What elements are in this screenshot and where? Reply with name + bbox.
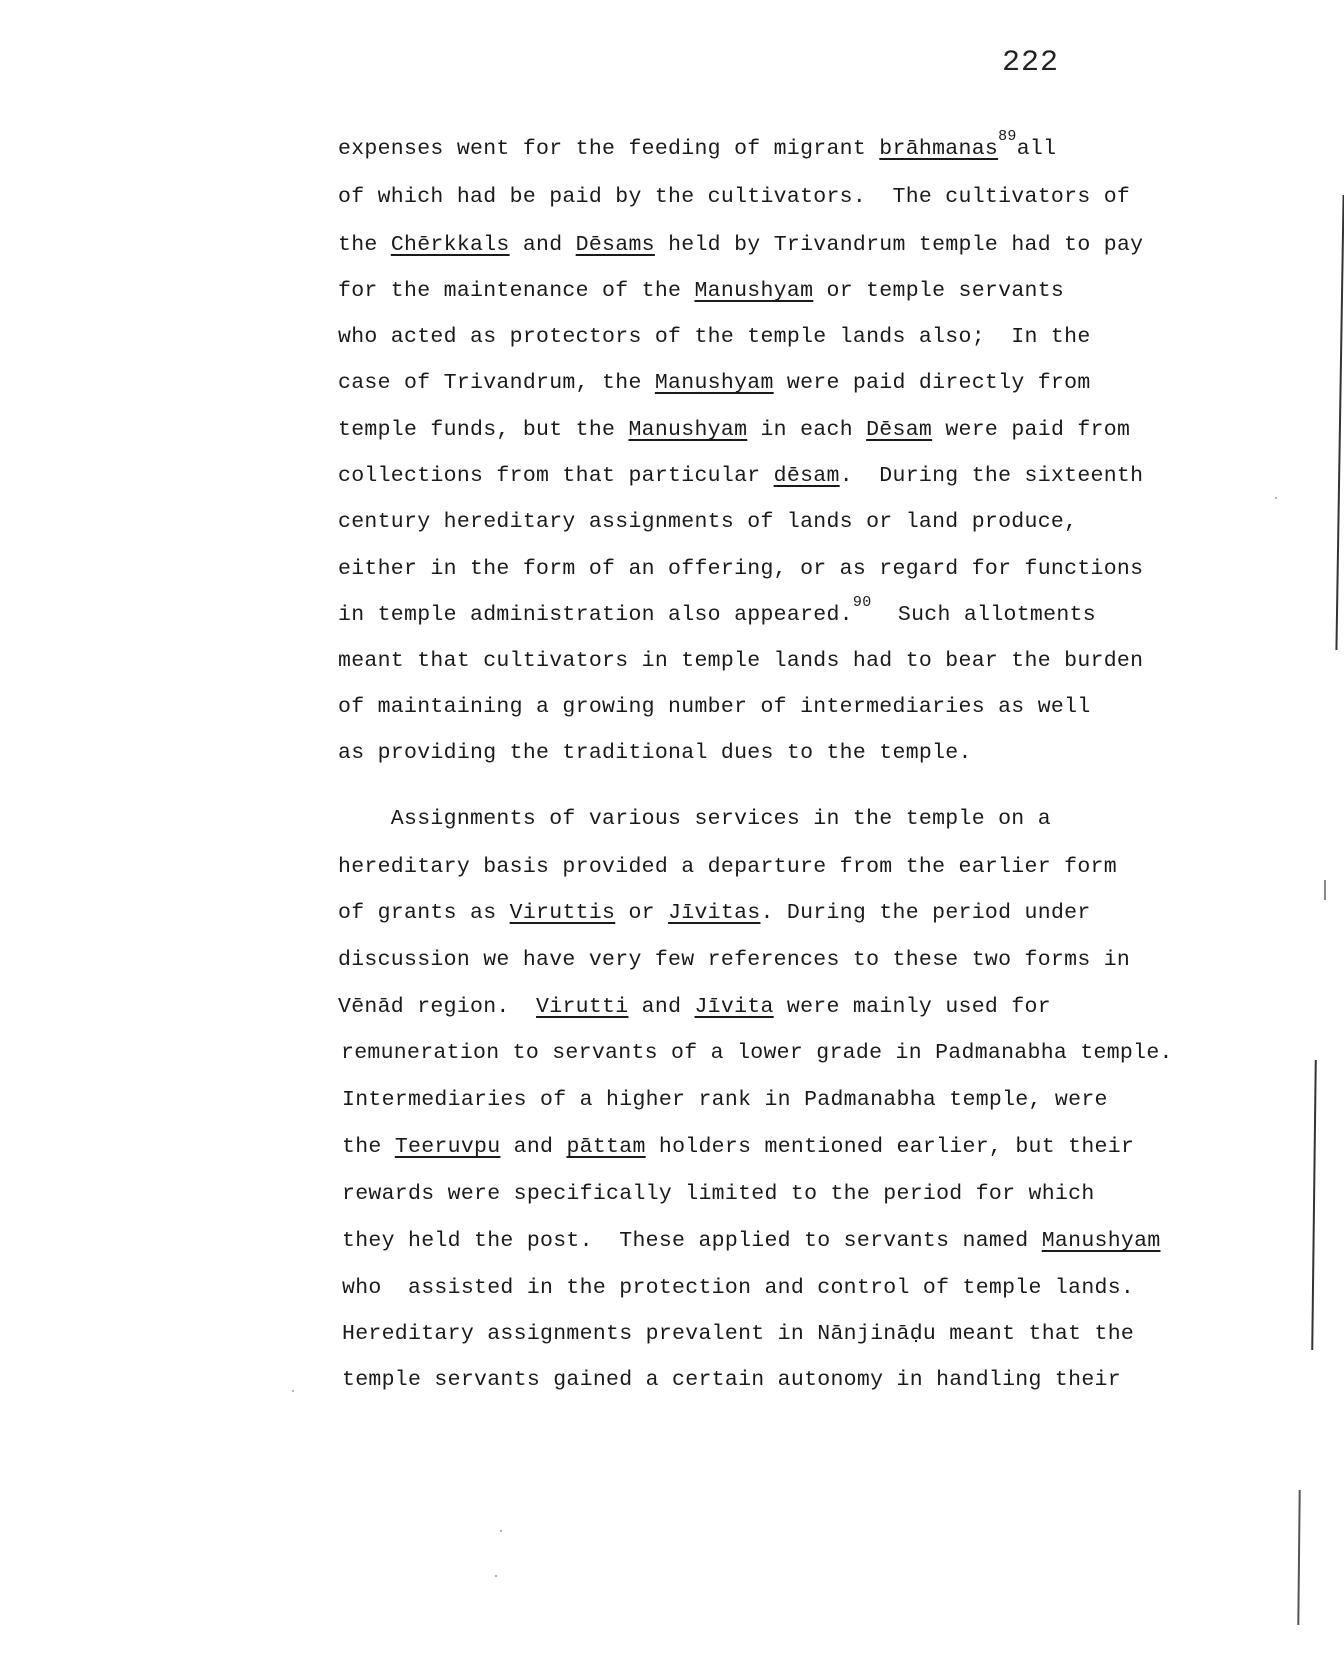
text-run: they held the post. These applied to ser… [342,1229,1042,1253]
text-run: hereditary basis provided a departure fr… [338,855,1117,879]
text-run: held by Trivandrum temple had to pay [655,233,1143,257]
text-line: collections from that particular dēsam. … [338,463,1143,489]
text-run: century hereditary assignments of lands … [338,510,1077,534]
text-run: or temple servants [813,279,1064,303]
text-line: discussion we have very few references t… [338,947,1130,973]
text-run: temple servants gained a certain autonom… [342,1368,1121,1392]
text-run: and [628,995,694,1019]
text-line: who assisted in the protection and contr… [342,1275,1134,1301]
text-run: and [500,1135,566,1159]
text-line: the Chērkkals and Dēsams held by Trivand… [338,232,1143,258]
text-line: in temple administration also appeared.9… [338,602,1096,628]
text-run: in each [747,418,866,442]
text-line: temple funds, but the Manushyam in each … [338,417,1130,443]
text-run: all [1017,137,1057,161]
text-run: for the maintenance of the [338,279,694,303]
page-number: 222 [1002,46,1059,80]
text-run: remuneration to servants of a lower grad… [341,1041,1173,1065]
text-run: were paid directly from [774,371,1091,395]
text-line: Intermediaries of a higher rank in Padma… [342,1087,1108,1113]
text-line: the Teeruvpu and pāttam holders mentione… [342,1134,1134,1160]
text-run: expenses went for the feeding of migrant [338,137,879,161]
text-run: either in the form of an offering, or as… [338,557,1143,581]
text-run: case of Trivandrum, the [338,371,655,395]
underlined-term: Manushyam [694,279,813,303]
text-run: collections from that particular [338,464,774,488]
scan-speck [500,1530,502,1532]
scan-speck [292,1390,294,1392]
underlined-term: Chērkkals [391,233,510,257]
text-line: of grants as Viruttis or Jīvitas. During… [338,900,1091,926]
underlined-term: Dēsams [576,233,655,257]
scan-edge-line [1297,1490,1300,1625]
text-line: for the maintenance of the Manushyam or … [338,278,1064,304]
text-run: Assignments of various services in the t… [338,807,1051,831]
scan-speck [495,1575,497,1577]
underlined-term: Manushyam [1042,1229,1161,1253]
underlined-term: Jīvitas [668,901,760,925]
text-run: of which had be paid by the cultivators.… [338,185,1130,209]
text-line: Vēnād region. Virutti and Jīvita were ma… [338,994,1051,1020]
text-line: hereditary basis provided a departure fr… [338,854,1117,880]
text-run: rewards were specifically limited to the… [342,1182,1095,1206]
text-run: temple funds, but the [338,418,628,442]
text-run: Vēnād region. [338,995,536,1019]
text-line: case of Trivandrum, the Manushyam were p… [338,370,1091,396]
text-run: who assisted in the protection and contr… [342,1276,1134,1300]
text-run: Hereditary assignments prevalent in Nānj… [342,1322,1134,1346]
text-line: as providing the traditional dues to the… [338,740,972,766]
text-line: remuneration to servants of a lower grad… [341,1040,1173,1066]
text-run: Such allotments [872,603,1096,627]
text-line: Hereditary assignments prevalent in Nānj… [342,1321,1134,1347]
text-run: and [510,233,576,257]
text-line: meant that cultivators in temple lands h… [338,648,1143,674]
text-run: or [615,901,668,925]
text-line: expenses went for the feeding of migrant… [338,136,1056,162]
text-run: holders mentioned earlier, but their [646,1135,1134,1159]
footnote-marker: 90 [853,594,872,611]
text-line: of maintaining a growing number of inter… [338,694,1091,720]
text-run: discussion we have very few references t… [338,948,1130,972]
underlined-term: Manushyam [628,418,747,442]
text-run: were mainly used for [774,995,1051,1019]
text-run: . During the period under [761,901,1091,925]
footnote-marker: 89 [998,128,1017,145]
text-line: temple servants gained a certain autonom… [342,1367,1121,1393]
scan-edge-line [1335,195,1344,650]
underlined-term: Viruttis [510,901,616,925]
underlined-term: Virutti [536,995,628,1019]
paragraph-start-line: Assignments of various services in the t… [338,806,1051,832]
text-run: of grants as [338,901,510,925]
text-run: the [342,1135,395,1159]
text-run: as providing the traditional dues to the… [338,741,972,765]
underlined-term: Jīvita [694,995,773,1019]
text-line: either in the form of an offering, or as… [338,556,1143,582]
underlined-term: brāhmanas [879,137,998,161]
text-line: century hereditary assignments of lands … [338,509,1077,535]
underlined-term: dēsam [774,464,840,488]
text-run: . During the sixteenth [840,464,1144,488]
text-line: of which had be paid by the cultivators.… [338,184,1130,210]
scan-edge-line [1311,1060,1316,1350]
underlined-term: Manushyam [655,371,774,395]
underlined-term: pāttam [566,1135,645,1159]
text-run: the [338,233,391,257]
text-line: who acted as protectors of the temple la… [338,324,1091,350]
text-run: in temple administration also appeared. [338,603,853,627]
text-line: rewards were specifically limited to the… [342,1181,1095,1207]
scan-edge-line [1324,880,1326,900]
underlined-term: Dēsam [866,418,932,442]
text-run: of maintaining a growing number of inter… [338,695,1091,719]
text-run: meant that cultivators in temple lands h… [338,649,1143,673]
text-line: they held the post. These applied to ser… [342,1228,1161,1254]
text-run: who acted as protectors of the temple la… [338,325,1091,349]
scan-speck [1275,497,1277,499]
text-run: Intermediaries of a higher rank in Padma… [342,1088,1108,1112]
underlined-term: Teeruvpu [395,1135,501,1159]
text-run: were paid from [932,418,1130,442]
